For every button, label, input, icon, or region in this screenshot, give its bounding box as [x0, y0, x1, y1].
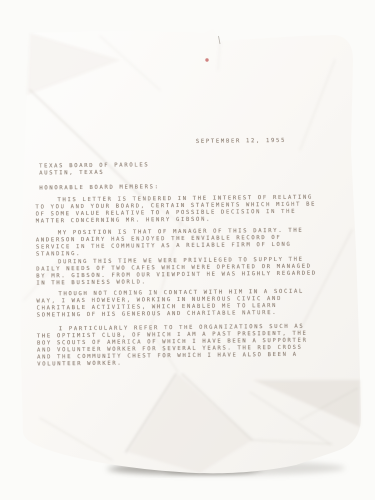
letter-paragraph: THIS LETTER IS TENDERED IN THE INTEREST … [35, 195, 319, 226]
recipient-city: AUSTIN, TEXAS [39, 170, 104, 177]
recipient-name: TEXAS BOARD OF PAROLES [39, 162, 149, 169]
letter-date: SEPTEMBER 12, 1955 [196, 138, 286, 145]
letter-paragraph: THOUGH NOT COMING IN CONTACT WITH HIM IN… [36, 289, 320, 320]
letter-text-layer: SEPTEMBER 12, 1955 TEXAS BOARD OF PAROLE… [0, 0, 375, 500]
letter-photo: SEPTEMBER 12, 1955 TEXAS BOARD OF PAROLE… [0, 0, 375, 500]
salutation: HONORABLE BOARD MEMBERS: [39, 184, 159, 191]
letter-paragraph: DURING THIS TIME WE WERE PRIVILEGED TO S… [36, 257, 320, 288]
letter-paragraph: I PARTICULARLY REFER TO THE ORGANIZATION… [37, 324, 321, 369]
letter-paragraph: MY POSITION IS THAT OF MANAGER OF THIS D… [36, 228, 320, 259]
